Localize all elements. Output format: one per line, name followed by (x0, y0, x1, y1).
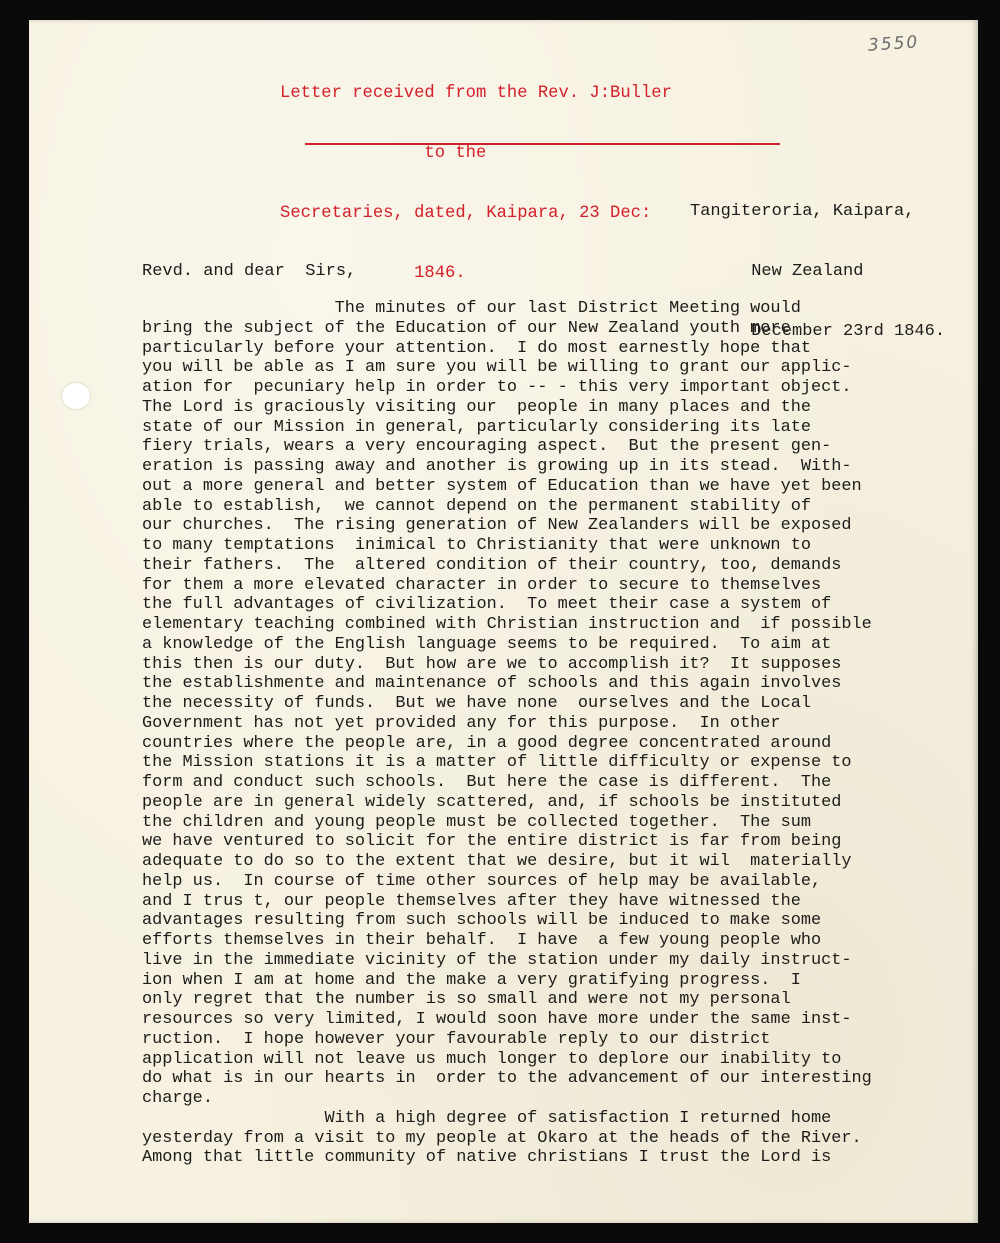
body-line: ion when I am at home and the make a ver… (142, 971, 992, 991)
address-line: New Zealand (690, 262, 945, 282)
body-line: people are in general widely scattered, … (142, 793, 992, 813)
letter-body: The minutes of our last District Meeting… (142, 299, 992, 1168)
body-line: the establishmente and maintenance of sc… (142, 674, 992, 694)
body-line: this then is our duty. But how are we to… (142, 655, 992, 675)
body-line: a knowledge of the English language seem… (142, 635, 992, 655)
header-line: to the (280, 144, 780, 164)
body-line: elementary teaching combined with Christ… (142, 615, 992, 635)
body-line: only regret that the number is so small … (142, 990, 992, 1010)
body-line: advantages resulting from such schools w… (142, 911, 992, 931)
body-line: out a more general and better system of … (142, 477, 992, 497)
header-divider (305, 143, 780, 145)
body-line: ation for pecuniary help in order to -- … (142, 378, 992, 398)
body-line: application will not leave us much longe… (142, 1050, 992, 1070)
body-line: eration is passing away and another is g… (142, 457, 992, 477)
body-line: Government has not yet provided any for … (142, 714, 992, 734)
body-line: The minutes of our last District Meeting… (142, 299, 992, 319)
body-line: countries where the people are, in a goo… (142, 734, 992, 754)
body-line: help us. In course of time other sources… (142, 872, 992, 892)
body-line: the Mission stations it is a matter of l… (142, 753, 992, 773)
body-line: and I trus t, our people themselves afte… (142, 892, 992, 912)
salutation: Revd. and dear Sirs, (142, 262, 356, 281)
body-line: the children and young people must be co… (142, 813, 992, 833)
body-line: our churches. The rising generation of N… (142, 516, 992, 536)
body-line: state of our Mission in general, particu… (142, 418, 992, 438)
body-line: resources so very limited, I would soon … (142, 1010, 992, 1030)
body-line: yesterday from a visit to my people at O… (142, 1129, 992, 1149)
address-line: Tangiteroria, Kaipara, (690, 202, 945, 222)
body-line: Among that little community of native ch… (142, 1148, 992, 1168)
body-line: to many temptations inimical to Christia… (142, 536, 992, 556)
body-line: fiery trials, wears a very encouraging a… (142, 437, 992, 457)
header-line: Letter received from the Rev. J:Buller (280, 84, 780, 104)
body-line: the necessity of funds. But we have none… (142, 694, 992, 714)
body-line: you will be able as I am sure you will b… (142, 358, 992, 378)
body-line: their fathers. The altered condition of … (142, 556, 992, 576)
body-line: do what is in our hearts in order to the… (142, 1069, 992, 1089)
body-line: The Lord is graciously visiting our peop… (142, 398, 992, 418)
body-line: we have ventured to solicit for the enti… (142, 832, 992, 852)
body-line: bring the subject of the Education of ou… (142, 319, 992, 339)
body-line: form and conduct such schools. But here … (142, 773, 992, 793)
archive-reference-number: 3550 (867, 32, 920, 56)
body-line: adequate to do so to the extent that we … (142, 852, 992, 872)
body-line: ruction. I hope however your favourable … (142, 1030, 992, 1050)
body-line: the full advantages of civilization. To … (142, 595, 992, 615)
punch-hole (62, 383, 90, 409)
body-line: efforts themselves in their behalf. I ha… (142, 931, 992, 951)
body-line: charge. (142, 1089, 992, 1109)
body-line: for them a more elevated character in or… (142, 576, 992, 596)
body-line: live in the immediate vicinity of the st… (142, 951, 992, 971)
body-line: able to establish, we cannot depend on t… (142, 497, 992, 517)
body-line: With a high degree of satisfaction I ret… (142, 1109, 992, 1129)
body-line: particularly before your attention. I do… (142, 339, 992, 359)
